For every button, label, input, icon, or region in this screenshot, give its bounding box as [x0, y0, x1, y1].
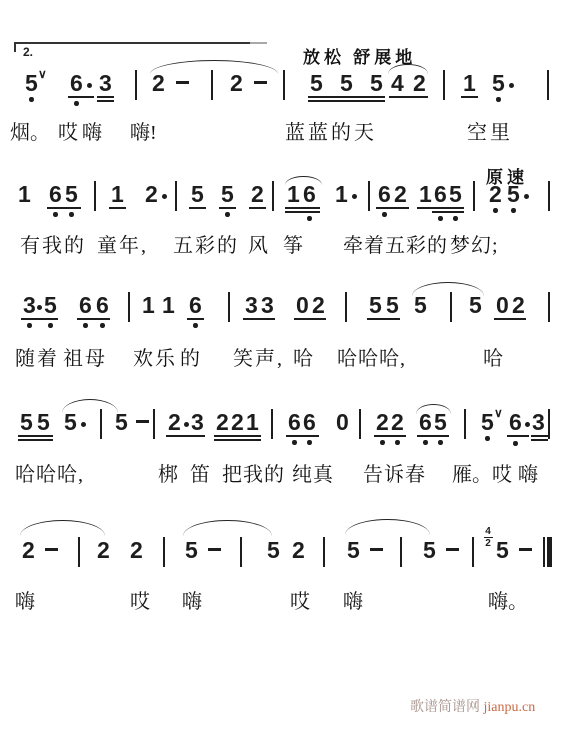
watermark-site: 歌谱简谱网 [410, 700, 484, 715]
note: 3 [99, 72, 112, 94]
barline [450, 292, 452, 322]
beam-underline [18, 435, 53, 437]
barline [175, 181, 177, 211]
barline [548, 292, 550, 322]
tie-slur-arc [416, 404, 451, 414]
note: 2 [231, 411, 244, 433]
lyric-text: 梦幻; [450, 229, 499, 258]
beam-underline [367, 318, 400, 320]
note: 2 [216, 411, 229, 433]
final-barline-thin [543, 537, 545, 567]
octave-dot [27, 323, 32, 328]
beam-underline [389, 96, 428, 98]
watermark-url: jianpu.cn [484, 700, 536, 715]
note: 3 [23, 294, 36, 316]
lyric-text: 嗨 [343, 585, 363, 614]
duration-dash [45, 548, 58, 551]
lyric-text: 筝 [283, 229, 303, 258]
barline [163, 537, 165, 567]
beam-underline [507, 435, 529, 437]
note: 0 [496, 294, 509, 316]
beam-underline [494, 318, 526, 320]
duration-dash [208, 548, 221, 551]
tempo-marking: 放松 舒展地 [303, 43, 416, 68]
note: 5 [191, 183, 204, 205]
note: 2 [145, 183, 158, 205]
lyric-text: 哈哈哈, [337, 342, 406, 371]
note: 6 [378, 183, 391, 205]
duration-dash [254, 81, 267, 84]
lyric-text: 牵着五彩的 [343, 229, 448, 258]
tie-slur-arc [412, 282, 484, 296]
note: 6 [434, 183, 447, 205]
barline [464, 409, 466, 439]
octave-dot [438, 440, 443, 445]
note: 5 [44, 294, 57, 316]
octave-dot [453, 216, 458, 221]
lyric-text: 嗨 [518, 458, 538, 487]
beam-underline [285, 207, 320, 209]
lyric-text: 哈 [293, 342, 313, 371]
octave-dot [423, 440, 428, 445]
beam-underline [417, 435, 449, 437]
barline [368, 181, 370, 211]
octave-dot [395, 440, 400, 445]
note: 2 [413, 72, 426, 94]
tie-slur-arc [62, 399, 118, 413]
note: 3 [245, 294, 258, 316]
beam-underline [531, 435, 548, 437]
octave-dot [74, 101, 79, 106]
note: 6 [79, 294, 92, 316]
lyric-text: 雁。哎 [452, 458, 512, 487]
note: 3 [532, 411, 545, 433]
note: 2 [152, 72, 165, 94]
octave-dot [29, 97, 34, 102]
octave-dot [100, 323, 105, 328]
note: 2 [130, 539, 143, 561]
note: 6 [419, 411, 432, 433]
note: 5 [310, 72, 323, 94]
barline [345, 292, 347, 322]
note: 1 [463, 72, 476, 94]
lyric-text: 哈哈哈, [15, 458, 84, 487]
barline [548, 181, 550, 211]
time-signature: 42 [482, 527, 494, 548]
final-barline-thick [547, 537, 552, 567]
note: 5 [496, 539, 509, 561]
note: 5 [370, 72, 383, 94]
barline [240, 537, 242, 567]
barline [228, 292, 230, 322]
lyric-text: 童年, [97, 229, 148, 258]
duration-dash [176, 81, 189, 84]
sheet-music-page: 2. 5∨63225554215放松 舒展地烟。哎嗨嗨!蓝蓝的天空里165125… [0, 0, 563, 730]
lyric-text: 五彩的 [173, 229, 239, 258]
augmentation-dot [37, 305, 42, 310]
note: 5 [20, 411, 33, 433]
note: 5 [423, 539, 436, 561]
note: 5 [37, 411, 50, 433]
note: 5 [492, 72, 505, 94]
beam-underline [166, 435, 205, 437]
beam-underline [294, 318, 326, 320]
lyric-text: 空里 [467, 116, 513, 145]
note: 1 [287, 183, 300, 205]
tie-slur-arc [20, 520, 105, 536]
beam-underline [187, 318, 204, 320]
note: 0 [336, 411, 349, 433]
note: 3 [191, 411, 204, 433]
augmentation-dot [352, 194, 357, 199]
octave-dot [380, 440, 385, 445]
barline [78, 537, 80, 567]
augmentation-dot [87, 83, 92, 88]
lyric-text: 哎 [58, 116, 78, 145]
beam-underline [189, 207, 206, 209]
beam-underline [109, 207, 126, 209]
augmentation-dot [81, 422, 86, 427]
lyric-text: 纯真 [292, 458, 334, 487]
barline [211, 70, 213, 100]
octave-dot [382, 212, 387, 217]
lyric-text: 告诉春 [363, 458, 426, 487]
beam-underline [47, 207, 81, 209]
note: 5 [449, 183, 462, 205]
volta-bracket-line [14, 42, 250, 44]
volta-bracket-tick [14, 42, 16, 52]
beam-underline [308, 100, 385, 102]
tie-slur-arc [345, 519, 430, 535]
note: 6 [303, 183, 316, 205]
lyric-text: 笑声, [233, 342, 284, 371]
barline [153, 409, 155, 439]
note: 5 [369, 294, 382, 316]
note: 2 [391, 411, 404, 433]
beam-underline [21, 318, 58, 320]
beam-underline [243, 318, 275, 320]
octave-dot [513, 441, 518, 446]
barline [547, 70, 549, 100]
duration-dash [446, 548, 459, 551]
watermark: 歌谱简谱网 jianpu.cn [410, 696, 535, 716]
note: 6 [288, 411, 301, 433]
beam-underline [376, 207, 409, 209]
note: 6 [96, 294, 109, 316]
lyric-text: 嗨 [15, 585, 35, 614]
beam-underline [249, 207, 266, 209]
beam-underline [308, 96, 385, 98]
octave-dot [48, 323, 53, 328]
octave-dot [438, 216, 443, 221]
octave-dot [485, 436, 490, 441]
lyric-text: 的 [180, 342, 200, 371]
barline [473, 181, 475, 211]
time-sig-bottom: 2 [485, 539, 491, 548]
beam-underline [77, 318, 110, 320]
lyric-text: 嗨 [182, 585, 202, 614]
lyric-text: 笛 [190, 458, 210, 487]
tempo-marking: 原速 [486, 163, 528, 188]
note: 2 [292, 539, 305, 561]
note: 5 [267, 539, 280, 561]
beam-underline [214, 435, 261, 437]
note: 6 [189, 294, 202, 316]
beam-underline [214, 439, 261, 441]
beam-underline [461, 96, 478, 98]
beam-underline [68, 96, 94, 98]
time-sig-top: 4 [485, 527, 491, 536]
tie-slur-arc [183, 520, 272, 536]
augmentation-dot [509, 83, 514, 88]
barline [135, 70, 137, 100]
beam-underline [18, 439, 53, 441]
barline [323, 537, 325, 567]
note: 5 [340, 72, 353, 94]
note: 2 [251, 183, 264, 205]
octave-dot [496, 97, 501, 102]
barline [100, 409, 102, 439]
duration-dash [370, 548, 383, 551]
breath-mark-icon: ∨ [494, 406, 503, 420]
lyric-text: 风 [248, 229, 268, 258]
beam-underline [531, 439, 548, 441]
note: 1 [335, 183, 348, 205]
note: 5 [65, 183, 78, 205]
note: 6 [303, 411, 316, 433]
lyric-text: 有我的 [20, 229, 86, 258]
barline [283, 70, 285, 100]
octave-dot [307, 440, 312, 445]
note: 2 [22, 539, 35, 561]
duration-dash [519, 548, 532, 551]
lyric-text: 随着 [15, 342, 59, 371]
barline [472, 537, 474, 567]
note: 6 [509, 411, 522, 433]
note: 2 [512, 294, 525, 316]
tie-slur-arc [150, 60, 278, 74]
octave-dot [307, 216, 312, 221]
note: 6 [49, 183, 62, 205]
lyric-text: 嗨 [82, 116, 102, 145]
volta-bracket-line-faint [250, 42, 267, 44]
beam-underline [97, 96, 114, 98]
note: 3 [261, 294, 274, 316]
barline [94, 181, 96, 211]
beam-underline [285, 211, 320, 213]
augmentation-dot [184, 422, 189, 427]
barline [443, 70, 445, 100]
barline [271, 409, 273, 439]
augmentation-dot [162, 194, 167, 199]
augmentation-dot [525, 422, 530, 427]
beam-underline [417, 207, 464, 209]
note: 4 [391, 72, 404, 94]
note: 2 [394, 183, 407, 205]
note: 2 [168, 411, 181, 433]
note: 5 [347, 539, 360, 561]
note: 2 [312, 294, 325, 316]
octave-dot [292, 440, 297, 445]
note: 1 [142, 294, 155, 316]
octave-dot [69, 212, 74, 217]
note: 5 [481, 411, 494, 433]
lyric-text: 嗨。 [488, 585, 528, 614]
barline [128, 292, 130, 322]
note: 5 [115, 411, 128, 433]
lyric-text: 哎 [130, 585, 150, 614]
beam-underline [97, 100, 114, 102]
barline [400, 537, 402, 567]
lyric-text: 蓝蓝的天 [285, 116, 377, 145]
note: 1 [419, 183, 432, 205]
note: 5 [64, 411, 77, 433]
beam-underline [374, 435, 406, 437]
lyric-text: 欢乐 [133, 342, 177, 371]
duration-dash [136, 420, 149, 423]
note: 1 [162, 294, 175, 316]
volta-label: 2. [23, 45, 33, 59]
note: 5 [469, 294, 482, 316]
octave-dot [493, 208, 498, 213]
lyric-text: 梆 [158, 458, 178, 487]
octave-dot [53, 212, 58, 217]
lyric-text: 哈 [483, 342, 503, 371]
note: 5 [25, 72, 38, 94]
barline [548, 409, 550, 439]
augmentation-dot [524, 194, 529, 199]
note: 0 [296, 294, 309, 316]
tie-slur-arc [285, 176, 322, 185]
lyric-text: 嗨! [130, 116, 157, 145]
lyric-text: 把我的 [222, 458, 285, 487]
beam-underline [219, 207, 236, 209]
breath-mark-icon: ∨ [38, 67, 47, 81]
note: 1 [18, 183, 31, 205]
barline [272, 181, 274, 211]
octave-dot [83, 323, 88, 328]
octave-dot [511, 208, 516, 213]
octave-dot [193, 323, 198, 328]
note: 1 [246, 411, 259, 433]
note: 1 [111, 183, 124, 205]
lyric-text: 烟。 [10, 116, 50, 145]
octave-dot [225, 212, 230, 217]
beam-underline [286, 435, 319, 437]
lyric-text: 哎 [290, 585, 310, 614]
note: 2 [376, 411, 389, 433]
beam-underline [432, 211, 464, 213]
note: 5 [185, 539, 198, 561]
note: 5 [221, 183, 234, 205]
note: 5 [434, 411, 447, 433]
note: 2 [97, 539, 110, 561]
note: 6 [70, 72, 83, 94]
note: 2 [230, 72, 243, 94]
lyric-text: 祖母 [63, 342, 107, 371]
barline [359, 409, 361, 439]
note: 5 [414, 294, 427, 316]
note: 5 [386, 294, 399, 316]
